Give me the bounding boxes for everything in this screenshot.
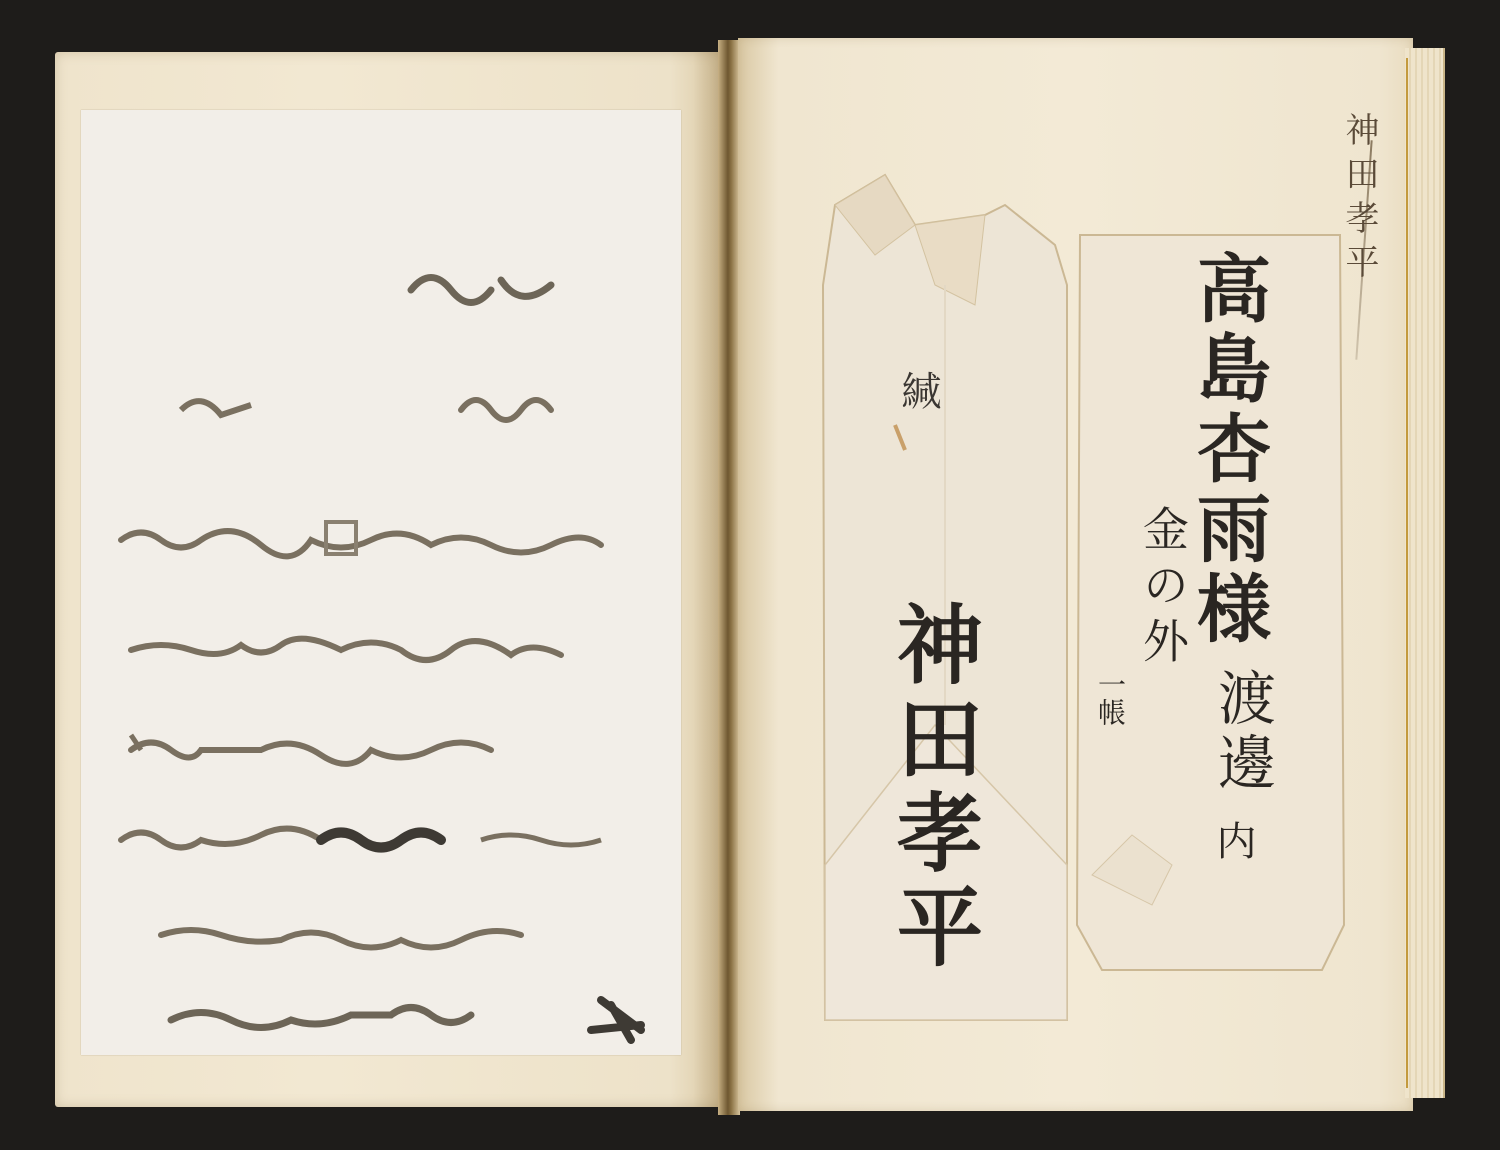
letter-line [81, 990, 681, 1050]
sender-name: 神田孝平 [870, 600, 994, 976]
book-gutter [718, 40, 740, 1115]
address-sub: 一帳 [1090, 670, 1130, 726]
open-book: 神田孝平 緘 神田孝平 高島杏雨様 金の外 一帳 渡邊 内 [0, 0, 1500, 1150]
sender-signature: 渡邊 [1200, 668, 1284, 796]
letter-line [81, 380, 681, 440]
letter-line [81, 260, 681, 320]
letter-line [81, 510, 681, 570]
page-edges [1405, 48, 1445, 1098]
letter-sheet [81, 110, 681, 1055]
letter-line [81, 620, 681, 680]
honorific: 内 [1205, 820, 1262, 864]
margin-note: 神田孝平 [1344, 112, 1384, 288]
gilt-edge [1406, 58, 1408, 1088]
left-page [55, 52, 723, 1107]
address-line: 金の外 [1130, 505, 1196, 673]
letter-line [81, 905, 681, 965]
seal-mark: 緘 [890, 370, 947, 410]
letter-line [81, 720, 681, 780]
letter-line [81, 810, 681, 870]
